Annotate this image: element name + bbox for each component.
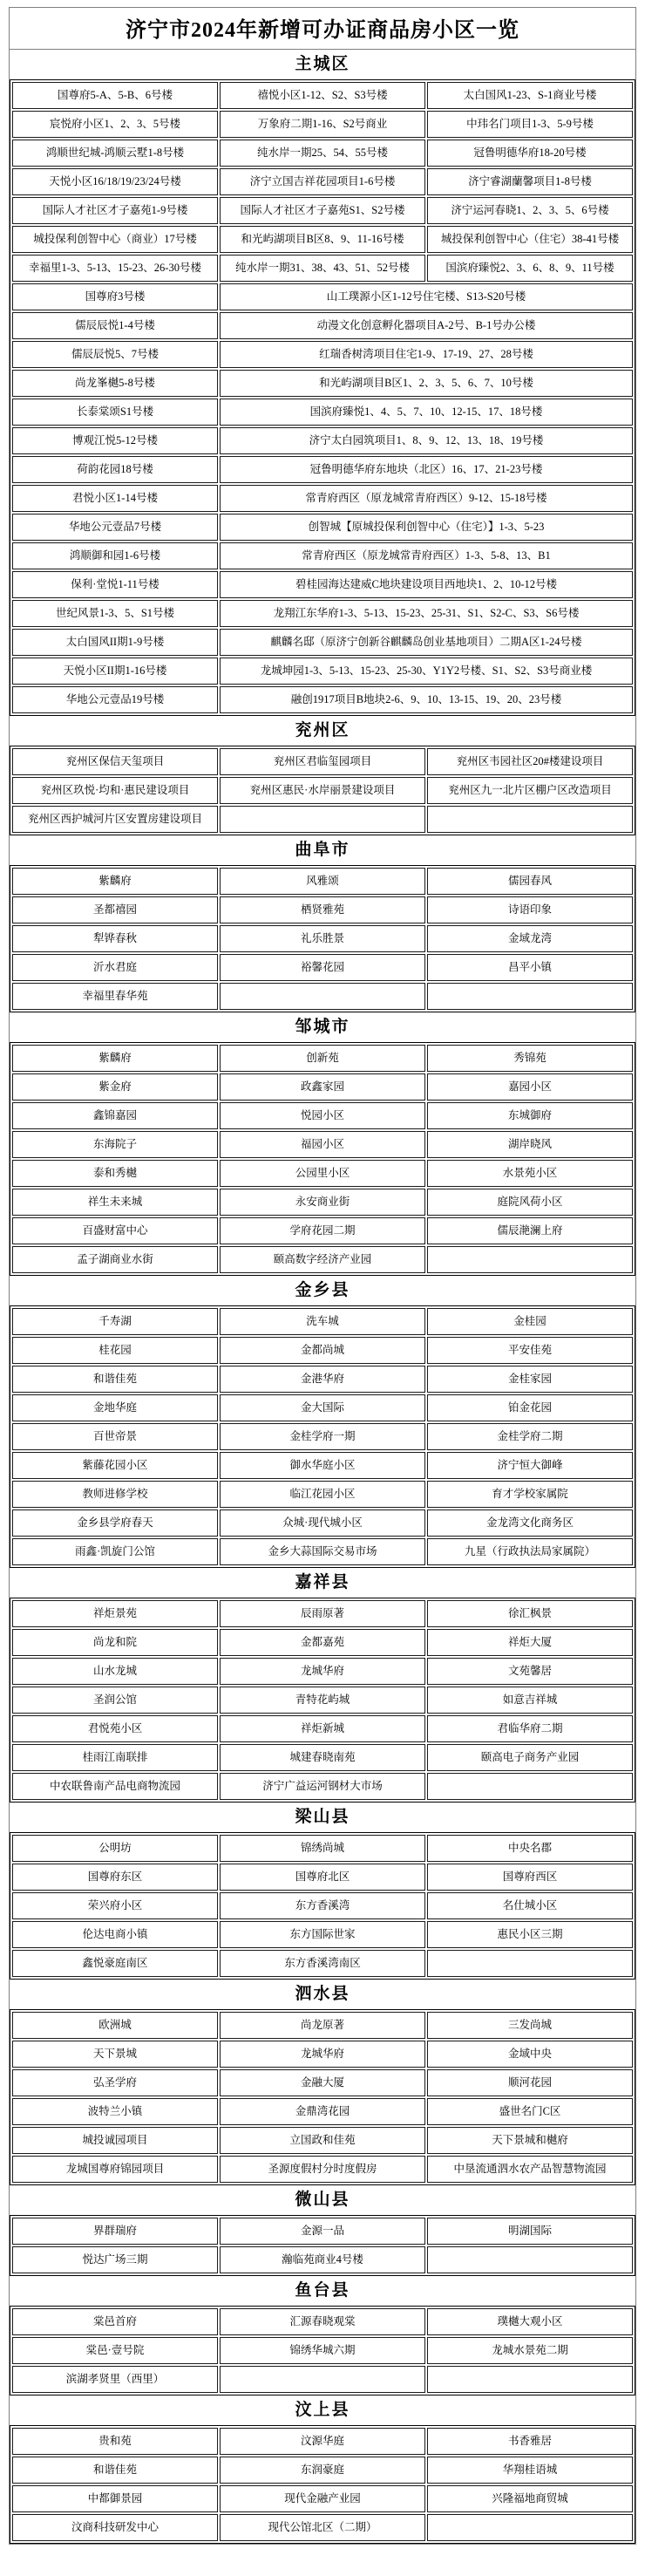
community-cell: 金都嘉苑 — [220, 1629, 425, 1656]
table-row: 金地华庭金大国际铂金花园 — [12, 1394, 633, 1421]
table-row: 祥炬景苑辰雨原著徐汇枫景 — [12, 1600, 633, 1627]
community-cell: 金桂学府二期 — [427, 1423, 633, 1450]
community-cell: 金乡县学府春天 — [12, 1509, 218, 1537]
sections-container: 主城区国尊府5-A、5-B、6号楼禧悦小区1-12、S2、S3号楼太白国风1-2… — [10, 50, 635, 2544]
community-cell: 博观江悦5-12号楼 — [12, 427, 218, 454]
community-cell: 雨鑫·凯旋门公馆 — [12, 1538, 218, 1565]
document-page: 济宁市2024年新增可办证商品房小区一览 主城区国尊府5-A、5-B、6号楼禧悦… — [0, 0, 645, 2576]
community-cell: 创智城【原城投保利创智中心（住宅）】1-3、5-23 — [220, 514, 633, 541]
table-row: 博观江悦5-12号楼济宁太白园筑项目1、8、9、12、13、18、19号楼 — [12, 427, 633, 454]
section-table-3: 紫麟府风雅颂儒园春风圣都禧园栖贤雅苑诗语印象犁铧春秋礼乐胜景金域龙湾沂水君庭裕馨… — [10, 865, 635, 1012]
community-cell: 水景苑小区 — [427, 1160, 633, 1187]
community-cell: 常青府西区（原龙城常青府西区）1-3、5-8、13、B1 — [220, 542, 633, 569]
document-sheet: 济宁市2024年新增可办证商品房小区一览 主城区国尊府5-A、5-B、6号楼禧悦… — [9, 7, 636, 2545]
community-cell: 锦绣华城六期 — [220, 2337, 425, 2364]
table-row: 中都御景园现代金融产业园兴隆福地商贸城 — [12, 2485, 633, 2512]
community-cell: 太白国风1-23、S-1商业号楼 — [427, 82, 633, 109]
section-table-6: 祥炬景苑辰雨原著徐汇枫景尚龙和院金都嘉苑祥炬大厦山水龙城龙城华府文苑馨居圣润公馆… — [10, 1598, 635, 1803]
community-cell: 东润豪庭 — [220, 2457, 425, 2484]
table-row: 弘圣学府金融大厦顺河花园 — [12, 2069, 633, 2096]
community-cell: 鑫悦豪庭南区 — [12, 1950, 218, 1977]
community-cell: 青特花屿城 — [220, 1687, 425, 1714]
table-row: 荷韵花园18号楼冠鲁明德华府东地块（北区）16、17、21-23号楼 — [12, 456, 633, 483]
table-row: 波特兰小镇金鼎湾花园盛世名门C区 — [12, 2098, 633, 2125]
community-cell: 犁铧春秋 — [12, 925, 218, 952]
table-row: 华地公元壹品7号楼创智城【原城投保利创智中心（住宅）】1-3、5-23 — [12, 514, 633, 541]
community-cell: 鸿顺世纪城-鸿顺云墅1-8号楼 — [12, 140, 218, 167]
community-cell: 颐高数字经济产业园 — [220, 1246, 425, 1273]
community-cell: 顺河花园 — [427, 2069, 633, 2096]
community-cell: 创新苑 — [220, 1045, 425, 1072]
community-cell: 金融大厦 — [220, 2069, 425, 2096]
table-row: 东海院子福园小区湖岸晓风 — [12, 1131, 633, 1158]
section-table-11: 贵和苑汶源华庭书香雅居和谐佳苑东润豪庭华翔桂语城中都御景园现代金融产业园兴隆福地… — [10, 2425, 635, 2544]
section-header-2: 兖州区 — [10, 716, 635, 746]
table-row: 幸福里1-3、5-13、15-23、26-30号楼纯水岸一期31、38、43、5… — [12, 255, 633, 282]
community-cell: 儒园春风 — [427, 868, 633, 895]
community-cell: 华地公元壹品7号楼 — [12, 514, 218, 541]
table-row: 金乡县学府春天众城·现代城小区金龙湾文化商务区 — [12, 1509, 633, 1537]
community-cell: 紫藤花园小区 — [12, 1452, 218, 1479]
community-cell: 裕馨花园 — [220, 954, 425, 981]
community-cell: 昌平小镇 — [427, 954, 633, 981]
community-cell: 国尊府东区 — [12, 1864, 218, 1891]
community-cell: 兖州区惠民·水岸丽景建设项目 — [220, 777, 425, 804]
table-row: 贵和苑汶源华庭书香雅居 — [12, 2428, 633, 2455]
community-cell: 御水华庭小区 — [220, 1452, 425, 1479]
community-cell: 山工璞源小区1-12号住宅楼、S13-S20号楼 — [220, 283, 633, 310]
table-row: 尚龙峯樾5-8号楼和光屿湖项目B区1、2、3、5、6、7、10号楼 — [12, 370, 633, 397]
community-cell — [427, 806, 633, 833]
community-cell: 尚龙原著 — [220, 2012, 425, 2039]
community-cell: 城建春晓南苑 — [220, 1744, 425, 1771]
table-row: 紫麟府风雅颂儒园春风 — [12, 868, 633, 895]
section-header-6: 嘉祥县 — [10, 1568, 635, 1598]
table-row: 紫藤花园小区御水华庭小区济宁恒大御峰 — [12, 1452, 633, 1479]
table-row: 中农联鲁南产品电商物流园济宁广益运河钢材大市场 — [12, 1773, 633, 1800]
community-cell: 儒辰辰悦1-4号楼 — [12, 312, 218, 339]
section-header-4: 邹城市 — [10, 1012, 635, 1042]
community-cell: 铂金花园 — [427, 1394, 633, 1421]
community-cell: 悦达广场三期 — [12, 2246, 218, 2273]
community-cell: 融创1917项目B地块2-6、9、10、13-15、19、20、23号楼 — [220, 686, 633, 713]
table-row: 滨湖孝贤里（西里） — [12, 2366, 633, 2393]
community-cell: 金都尚城 — [220, 1337, 425, 1364]
community-cell: 太白国风II期1-9号楼 — [12, 629, 218, 656]
community-cell: 纯水岸一期31、38、43、51、52号楼 — [220, 255, 425, 282]
community-cell: 汇源春晓观棠 — [220, 2308, 425, 2335]
community-cell: 泰和秀樾 — [12, 1160, 218, 1187]
table-row: 界群瑞府金源一品明湖国际 — [12, 2218, 633, 2245]
table-row: 伦达电商小镇东方国际世家惠民小区三期 — [12, 1921, 633, 1948]
community-cell: 公园里小区 — [220, 1160, 425, 1187]
community-cell: 中央名郡 — [427, 1835, 633, 1862]
table-row: 龙城国尊府锦园项目圣源度假村分时度假房中垦流通泗水农产品智慧物流园 — [12, 2156, 633, 2183]
community-cell: 东方香溪湾南区 — [220, 1950, 425, 1977]
community-cell: 祥炬新城 — [220, 1715, 425, 1742]
community-cell: 和谐佳苑 — [12, 1366, 218, 1393]
community-cell: 桂雨江南联排 — [12, 1744, 218, 1771]
community-cell: 龙翔江东华府1-3、5-13、15-23、25-31、S1、S2-C、S3、S6… — [220, 600, 633, 627]
community-cell: 山水龙城 — [12, 1658, 218, 1685]
table-row: 兖州区西护城河片区安置房建设项目 — [12, 806, 633, 833]
community-cell: 百世帝景 — [12, 1423, 218, 1450]
community-cell: 鸿顺御和园1-6号楼 — [12, 542, 218, 569]
community-cell: 儒辰滟澜上府 — [427, 1217, 633, 1244]
section-table-2: 兖州区保信天玺项目兖州区君临玺园项目兖州区韦园社区20#楼建设项目兖州区玖悦·均… — [10, 746, 635, 835]
community-cell: 颐高电子商务产业园 — [427, 1744, 633, 1771]
table-row: 鸿顺世纪城-鸿顺云墅1-8号楼纯水岸一期25、54、55号楼冠鲁明德华府18-2… — [12, 140, 633, 167]
community-cell — [427, 2366, 633, 2393]
community-cell: 金鼎湾花园 — [220, 2098, 425, 2125]
table-row: 儒辰辰悦5、7号楼红瑞香树湾项目住宅1-9、17-19、27、28号楼 — [12, 341, 633, 368]
community-cell: 冠鲁明德华府东地块（北区）16、17、21-23号楼 — [220, 456, 633, 483]
community-cell: 汶源华庭 — [220, 2428, 425, 2455]
community-cell: 金桂家园 — [427, 1366, 633, 1393]
community-cell: 尚龙峯樾5-8号楼 — [12, 370, 218, 397]
community-cell: 欧洲城 — [12, 2012, 218, 2039]
community-cell: 济宁太白园筑项目1、8、9、12、13、18、19号楼 — [220, 427, 633, 454]
community-cell: 龙城华府 — [220, 2041, 425, 2068]
community-cell: 龙城华府 — [220, 1658, 425, 1685]
community-cell: 龙城水景苑二期 — [427, 2337, 633, 2364]
community-cell: 政鑫家园 — [220, 1073, 425, 1101]
community-cell: 祥炬大厦 — [427, 1629, 633, 1656]
table-row: 和谐佳苑金港华府金桂家园 — [12, 1366, 633, 1393]
section-header-10: 鱼台县 — [10, 2276, 635, 2306]
community-cell: 紫麟府 — [12, 868, 218, 895]
community-cell: 紫金府 — [12, 1073, 218, 1101]
community-cell: 立国政和佳苑 — [220, 2127, 425, 2154]
community-cell: 千寿湖 — [12, 1308, 218, 1335]
community-cell: 兖州区九一北片区棚户区改造项目 — [427, 777, 633, 804]
table-row: 和谐佳苑东润豪庭华翔桂语城 — [12, 2457, 633, 2484]
section-header-8: 泗水县 — [10, 1980, 635, 2009]
community-cell — [220, 983, 425, 1010]
page-title: 济宁市2024年新增可办证商品房小区一览 — [10, 8, 635, 50]
community-cell: 禧悦小区1-12、S2、S3号楼 — [220, 82, 425, 109]
community-cell: 东方香溪湾 — [220, 1892, 425, 1919]
community-cell: 碧桂园海达建威C地块建设项目西地块1、2、10-12号楼 — [220, 571, 633, 598]
community-cell: 金源一品 — [220, 2218, 425, 2245]
community-cell: 圣润公馆 — [12, 1687, 218, 1714]
community-cell: 徐汇枫景 — [427, 1600, 633, 1627]
community-cell: 文苑馨居 — [427, 1658, 633, 1685]
table-row: 天下景城龙城华府金域中央 — [12, 2041, 633, 2068]
community-cell — [427, 1246, 633, 1273]
community-cell: 君悦小区1-14号楼 — [12, 485, 218, 512]
table-row: 宸悦府小区1、2、3、5号楼万象府二期1-16、S2号商业中玮名门项目1-3、5… — [12, 111, 633, 138]
community-cell: 纯水岸一期25、54、55号楼 — [220, 140, 425, 167]
community-cell: 国尊府5-A、5-B、6号楼 — [12, 82, 218, 109]
community-cell: 贵和苑 — [12, 2428, 218, 2455]
community-cell: 济宁立国吉祥花园项目1-6号楼 — [220, 168, 425, 195]
community-cell: 国尊府3号楼 — [12, 283, 218, 310]
table-row: 桂雨江南联排城建春晓南苑颐高电子商务产业园 — [12, 1744, 633, 1771]
section-table-4: 紫麟府创新苑秀锦苑紫金府政鑫家园嘉园小区鑫锦嘉园悦园小区东城御府东海院子福园小区… — [10, 1042, 635, 1276]
community-cell: 波特兰小镇 — [12, 2098, 218, 2125]
community-cell: 璞樾大观小区 — [427, 2308, 633, 2335]
table-row: 君悦苑小区祥炬新城君临华府二期 — [12, 1715, 633, 1742]
section-header-7: 梁山县 — [10, 1803, 635, 1832]
community-cell: 汶商科技研发中心 — [12, 2514, 218, 2541]
community-cell: 冠鲁明德华府18-20号楼 — [427, 140, 633, 167]
community-cell: 学府花园二期 — [220, 1217, 425, 1244]
table-row: 泰和秀樾公园里小区水景苑小区 — [12, 1160, 633, 1187]
table-row: 保利·堂悦1-11号楼碧桂园海达建威C地块建设项目西地块1、2、10-12号楼 — [12, 571, 633, 598]
community-cell: 盛世名门C区 — [427, 2098, 633, 2125]
community-cell: 国尊府西区 — [427, 1864, 633, 1891]
community-cell: 国际人才社区才子嘉苑S1、S2号楼 — [220, 197, 425, 224]
table-row: 桂花园金都尚城平安佳苑 — [12, 1337, 633, 1364]
table-row: 华地公元壹品19号楼融创1917项目B地块2-6、9、10、13-15、19、2… — [12, 686, 633, 713]
community-cell: 棠邑首府 — [12, 2308, 218, 2335]
community-cell — [220, 806, 425, 833]
community-cell: 栖贤雅苑 — [220, 896, 425, 923]
section-header-3: 曲阜市 — [10, 835, 635, 865]
community-cell: 天悦小区16/18/19/23/24号楼 — [12, 168, 218, 195]
section-header-1: 主城区 — [10, 50, 635, 79]
table-row: 国尊府5-A、5-B、6号楼禧悦小区1-12、S2、S3号楼太白国风1-23、S… — [12, 82, 633, 109]
table-row: 国尊府东区国尊府北区国尊府西区 — [12, 1864, 633, 1891]
community-cell: 诗语印象 — [427, 896, 633, 923]
community-cell: 惠民小区三期 — [427, 1921, 633, 1948]
community-cell: 天悦小区II期1-16号楼 — [12, 658, 218, 685]
community-cell: 孟子湖商业水街 — [12, 1246, 218, 1273]
community-cell: 中农联鲁南产品电商物流园 — [12, 1773, 218, 1800]
community-cell: 书香雅居 — [427, 2428, 633, 2455]
community-cell: 金乡大蒜国际交易市场 — [220, 1538, 425, 1565]
table-row: 棠邑首府汇源春晓观棠璞樾大观小区 — [12, 2308, 633, 2335]
table-row: 天悦小区II期1-16号楼龙城坤园1-3、5-13、15-23、25-30、Y1… — [12, 658, 633, 685]
community-cell: 界群瑞府 — [12, 2218, 218, 2245]
community-cell: 国滨府臻悦2、3、6、8、9、11号楼 — [427, 255, 633, 282]
section-table-5: 千寿湖洗车城金桂园桂花园金都尚城平安佳苑和谐佳苑金港华府金桂家园金地华庭金大国际… — [10, 1305, 635, 1568]
community-cell: 宸悦府小区1、2、3、5号楼 — [12, 111, 218, 138]
community-cell: 教师进修学校 — [12, 1481, 218, 1508]
community-cell: 永安商业街 — [220, 1189, 425, 1216]
community-cell: 麒麟名邸（原济宁创新谷麒麟岛创业基地项目）二期A区1-24号楼 — [220, 629, 633, 656]
community-cell: 国滨府臻悦1、4、5、7、10、12-15、17、18号楼 — [220, 399, 633, 426]
community-cell: 济宁恒大御峰 — [427, 1452, 633, 1479]
community-cell: 华地公元壹品19号楼 — [12, 686, 218, 713]
community-cell: 嘉园小区 — [427, 1073, 633, 1101]
community-cell: 祥生未来城 — [12, 1189, 218, 1216]
community-cell: 天下景城 — [12, 2041, 218, 2068]
community-cell: 东城御府 — [427, 1102, 633, 1129]
community-cell: 百盛财富中心 — [12, 1217, 218, 1244]
community-cell: 金大国际 — [220, 1394, 425, 1421]
community-cell: 济宁广益运河钢材大市场 — [220, 1773, 425, 1800]
table-row: 山水龙城龙城华府文苑馨居 — [12, 1658, 633, 1685]
community-cell — [427, 1950, 633, 1977]
community-cell: 兖州区玖悦·均和·惠民建设项目 — [12, 777, 218, 804]
community-cell: 弘圣学府 — [12, 2069, 218, 2096]
section-header-9: 微山县 — [10, 2185, 635, 2215]
community-cell: 鑫锦嘉园 — [12, 1102, 218, 1129]
section-table-10: 棠邑首府汇源春晓观棠璞樾大观小区棠邑·壹号院锦绣华城六期龙城水景苑二期滨湖孝贤里… — [10, 2306, 635, 2395]
community-cell: 湖岸晓风 — [427, 1131, 633, 1158]
community-cell: 众城·现代城小区 — [220, 1509, 425, 1537]
community-cell: 伦达电商小镇 — [12, 1921, 218, 1948]
community-cell: 金域中央 — [427, 2041, 633, 2068]
table-row: 百盛财富中心学府花园二期儒辰滟澜上府 — [12, 1217, 633, 1244]
community-cell: 兖州区保信天玺项目 — [12, 748, 218, 775]
community-cell: 庭院风荷小区 — [427, 1189, 633, 1216]
table-row: 悦达广场三期瀚临苑商业4号楼 — [12, 2246, 633, 2273]
section-table-1: 国尊府5-A、5-B、6号楼禧悦小区1-12、S2、S3号楼太白国风1-23、S… — [10, 79, 635, 716]
table-row: 祥生未来城永安商业街庭院风荷小区 — [12, 1189, 633, 1216]
community-cell: 荷韵花园18号楼 — [12, 456, 218, 483]
community-cell: 圣源度假村分时度假房 — [220, 2156, 425, 2183]
community-cell: 东海院子 — [12, 1131, 218, 1158]
community-cell: 悦园小区 — [220, 1102, 425, 1129]
community-cell: 和光屿湖项目B区1、2、3、5、6、7、10号楼 — [220, 370, 633, 397]
community-cell: 幸福里春华苑 — [12, 983, 218, 1010]
community-cell: 辰雨原著 — [220, 1600, 425, 1627]
community-cell: 兖州区韦园社区20#楼建设项目 — [427, 748, 633, 775]
section-table-9: 界群瑞府金源一品明湖国际悦达广场三期瀚临苑商业4号楼 — [10, 2215, 635, 2276]
community-cell: 保利·堂悦1-11号楼 — [12, 571, 218, 598]
community-cell: 中玮名门项目1-3、5-9号楼 — [427, 111, 633, 138]
community-cell: 滨湖孝贤里（西里） — [12, 2366, 218, 2393]
community-cell: 育才学校家属院 — [427, 1481, 633, 1508]
table-row: 紫金府政鑫家园嘉园小区 — [12, 1073, 633, 1101]
table-row: 沂水君庭裕馨花园昌平小镇 — [12, 954, 633, 981]
community-cell: 常青府西区（原龙城常青府西区）9-12、15-18号楼 — [220, 485, 633, 512]
table-row: 儒辰辰悦1-4号楼动漫文化创意孵化器项目A-2号、B-1号办公楼 — [12, 312, 633, 339]
community-cell: 天下景城和樾府 — [427, 2127, 633, 2154]
community-cell: 华翔桂语城 — [427, 2457, 633, 2484]
community-cell: 名仕城小区 — [427, 1892, 633, 1919]
community-cell: 金桂园 — [427, 1308, 633, 1335]
community-cell: 龙城国尊府锦园项目 — [12, 2156, 218, 2183]
community-cell: 秀锦苑 — [427, 1045, 633, 1072]
table-row: 孟子湖商业水街颐高数字经济产业园 — [12, 1246, 633, 1273]
community-cell: 紫麟府 — [12, 1045, 218, 1072]
community-cell — [427, 983, 633, 1010]
table-row: 国尊府3号楼山工璞源小区1-12号住宅楼、S13-S20号楼 — [12, 283, 633, 310]
table-row: 紫麟府创新苑秀锦苑 — [12, 1045, 633, 1072]
table-row: 兖州区玖悦·均和·惠民建设项目兖州区惠民·水岸丽景建设项目兖州区九一北片区棚户区… — [12, 777, 633, 804]
table-row: 鸿顺御和园1-6号楼常青府西区（原龙城常青府西区）1-3、5-8、13、B1 — [12, 542, 633, 569]
table-row: 君悦小区1-14号楼常青府西区（原龙城常青府西区）9-12、15-18号楼 — [12, 485, 633, 512]
community-cell: 平安佳苑 — [427, 1337, 633, 1364]
community-cell: 东方国际世家 — [220, 1921, 425, 1948]
table-row: 国际人才社区才子嘉苑1-9号楼国际人才社区才子嘉苑S1、S2号楼济宁运河春晓1、… — [12, 197, 633, 224]
table-row: 世纪风景1-3、5、S1号楼龙翔江东华府1-3、5-13、15-23、25-31… — [12, 600, 633, 627]
community-cell: 兴隆福地商贸城 — [427, 2485, 633, 2512]
community-cell — [427, 2514, 633, 2541]
community-cell: 金地华庭 — [12, 1394, 218, 1421]
section-header-11: 汶上县 — [10, 2395, 635, 2425]
community-cell: 城投诚园项目 — [12, 2127, 218, 2154]
table-row: 城投保利创智中心（商业）17号楼和光屿湖项目B区8、9、11-16号楼城投保利创… — [12, 226, 633, 253]
table-row: 欧洲城尚龙原著三发尚城 — [12, 2012, 633, 2039]
community-cell: 国尊府北区 — [220, 1864, 425, 1891]
community-cell: 中垦流通泗水农产品智慧物流园 — [427, 2156, 633, 2183]
community-cell: 国际人才社区才子嘉苑1-9号楼 — [12, 197, 218, 224]
community-cell: 和光屿湖项目B区8、9、11-16号楼 — [220, 226, 425, 253]
table-row: 尚龙和院金都嘉苑祥炬大厦 — [12, 1629, 633, 1656]
table-row: 长泰棠颂S1号楼国滨府臻悦1、4、5、7、10、12-15、17、18号楼 — [12, 399, 633, 426]
community-cell: 君临华府二期 — [427, 1715, 633, 1742]
community-cell: 中都御景园 — [12, 2485, 218, 2512]
table-row: 兖州区保信天玺项目兖州区君临玺园项目兖州区韦园社区20#楼建设项目 — [12, 748, 633, 775]
community-cell — [220, 2366, 425, 2393]
community-cell: 祥炬景苑 — [12, 1600, 218, 1627]
community-cell — [427, 2246, 633, 2273]
community-cell: 兖州区西护城河片区安置房建设项目 — [12, 806, 218, 833]
table-row: 幸福里春华苑 — [12, 983, 633, 1010]
community-cell: 城投保利创智中心（商业）17号楼 — [12, 226, 218, 253]
community-cell: 九星（行政执法局家属院） — [427, 1538, 633, 1565]
section-table-8: 欧洲城尚龙原著三发尚城天下景城龙城华府金域中央弘圣学府金融大厦顺河花园波特兰小镇… — [10, 2009, 635, 2185]
community-cell: 城投保利创智中心（住宅）38-41号楼 — [427, 226, 633, 253]
community-cell: 沂水君庭 — [12, 954, 218, 981]
community-cell: 三发尚城 — [427, 2012, 633, 2039]
community-cell: 动漫文化创意孵化器项目A-2号、B-1号办公楼 — [220, 312, 633, 339]
community-cell: 如意吉祥城 — [427, 1687, 633, 1714]
table-row: 百世帝景金桂学府一期金桂学府二期 — [12, 1423, 633, 1450]
community-cell: 风雅颂 — [220, 868, 425, 895]
community-cell: 兖州区君临玺园项目 — [220, 748, 425, 775]
table-row: 荣兴府小区东方香溪湾名仕城小区 — [12, 1892, 633, 1919]
table-row: 汶商科技研发中心现代公馆北区（二期） — [12, 2514, 633, 2541]
table-row: 天悦小区16/18/19/23/24号楼济宁立国吉祥花园项目1-6号楼济宁睿湖蘭… — [12, 168, 633, 195]
table-row: 公明坊锦绣尚城中央名郡 — [12, 1835, 633, 1862]
community-cell: 圣都禧园 — [12, 896, 218, 923]
community-cell: 棠邑·壹号院 — [12, 2337, 218, 2364]
table-row: 圣都禧园栖贤雅苑诗语印象 — [12, 896, 633, 923]
table-row: 鑫锦嘉园悦园小区东城御府 — [12, 1102, 633, 1129]
community-cell: 世纪风景1-3、5、S1号楼 — [12, 600, 218, 627]
table-row: 鑫悦豪庭南区东方香溪湾南区 — [12, 1950, 633, 1977]
community-cell: 金龙湾文化商务区 — [427, 1509, 633, 1537]
table-row: 城投诚园项目立国政和佳苑天下景城和樾府 — [12, 2127, 633, 2154]
community-cell: 瀚临苑商业4号楼 — [220, 2246, 425, 2273]
table-row: 棠邑·壹号院锦绣华城六期龙城水景苑二期 — [12, 2337, 633, 2364]
table-row: 圣润公馆青特花屿城如意吉祥城 — [12, 1687, 633, 1714]
community-cell: 金桂学府一期 — [220, 1423, 425, 1450]
community-cell: 锦绣尚城 — [220, 1835, 425, 1862]
community-cell: 现代金融产业园 — [220, 2485, 425, 2512]
community-cell: 和谐佳苑 — [12, 2457, 218, 2484]
community-cell: 尚龙和院 — [12, 1629, 218, 1656]
community-cell: 幸福里1-3、5-13、15-23、26-30号楼 — [12, 255, 218, 282]
community-cell: 君悦苑小区 — [12, 1715, 218, 1742]
community-cell: 现代公馆北区（二期） — [220, 2514, 425, 2541]
table-row: 雨鑫·凯旋门公馆金乡大蒜国际交易市场九星（行政执法局家属院） — [12, 1538, 633, 1565]
community-cell: 儒辰辰悦5、7号楼 — [12, 341, 218, 368]
table-row: 千寿湖洗车城金桂园 — [12, 1308, 633, 1335]
community-cell: 公明坊 — [12, 1835, 218, 1862]
section-header-5: 金乡县 — [10, 1276, 635, 1305]
community-cell: 万象府二期1-16、S2号商业 — [220, 111, 425, 138]
community-cell: 洗车城 — [220, 1308, 425, 1335]
community-cell: 福园小区 — [220, 1131, 425, 1158]
community-cell — [427, 1773, 633, 1800]
table-row: 犁铧春秋礼乐胜景金域龙湾 — [12, 925, 633, 952]
community-cell: 金域龙湾 — [427, 925, 633, 952]
community-cell: 临江花园小区 — [220, 1481, 425, 1508]
community-cell: 济宁睿湖蘭馨项目1-8号楼 — [427, 168, 633, 195]
table-row: 教师进修学校临江花园小区育才学校家属院 — [12, 1481, 633, 1508]
community-cell: 金港华府 — [220, 1366, 425, 1393]
community-cell: 荣兴府小区 — [12, 1892, 218, 1919]
table-row: 太白国风II期1-9号楼麒麟名邸（原济宁创新谷麒麟岛创业基地项目）二期A区1-2… — [12, 629, 633, 656]
community-cell: 红瑞香树湾项目住宅1-9、17-19、27、28号楼 — [220, 341, 633, 368]
